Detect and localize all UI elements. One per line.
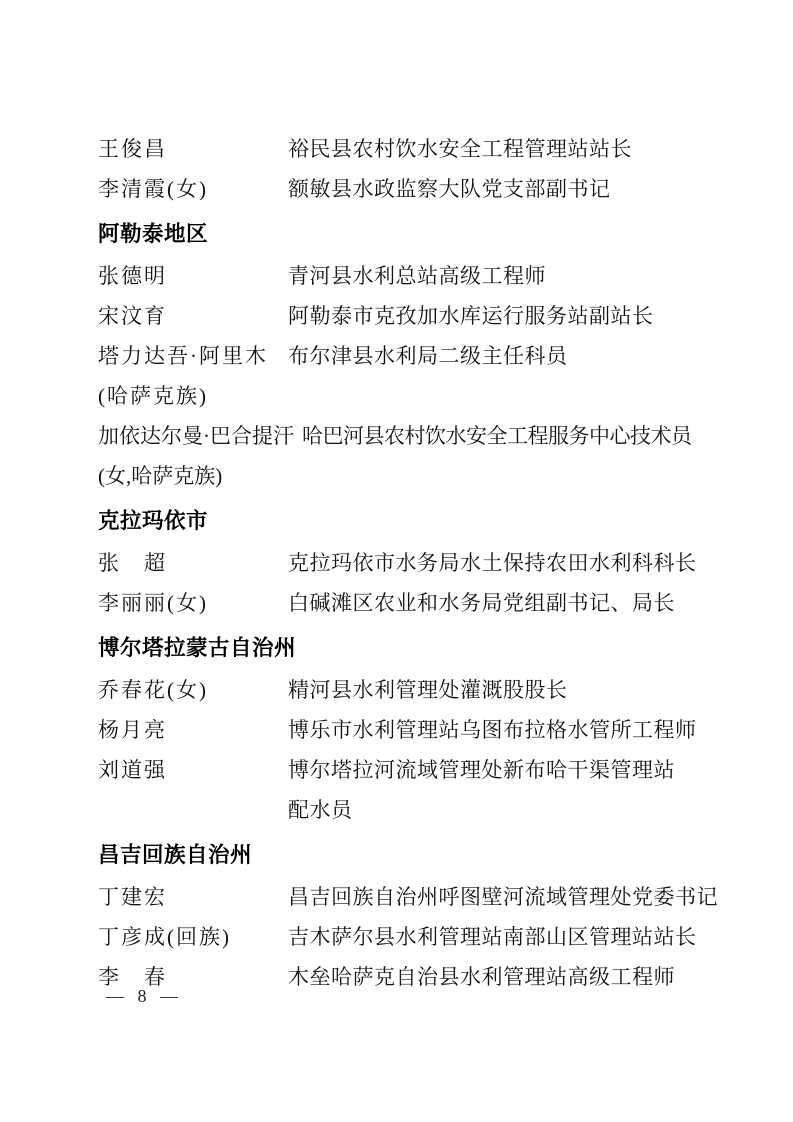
entry-row: 丁建宏 昌吉回族自治州呼图壁河流域管理处党委书记	[98, 877, 735, 917]
entry-row: 李 春 木垒哈萨克自治县水利管理站高级工程师	[98, 957, 735, 997]
person-name: 李丽丽(女)	[98, 583, 288, 623]
entry-row: 丁彦成(回族) 吉木萨尔县水利管理站南部山区管理站站长	[98, 917, 735, 957]
person-name: 宋汶育	[98, 296, 288, 336]
entry-row: 加依达尔曼·巴合提汗 (女,哈萨克族) 哈巴河县农村饮水安全工程服务中心技术员	[98, 416, 735, 496]
person-name: 李清霞(女)	[98, 169, 288, 209]
person-name: 刘道强	[98, 750, 288, 790]
entry-row: 塔力达吾·阿里木 (哈萨克族) 布尔津县水利局二级主任科员	[98, 336, 735, 416]
person-name: 杨月亮	[98, 710, 288, 750]
entry-row: 李清霞(女) 额敏县水政监察大队党支部副书记	[98, 169, 735, 209]
person-title: 博乐市水利管理站乌图布拉格水管所工程师	[288, 710, 735, 750]
entry-row: 李丽丽(女) 白碱滩区农业和水务局党组副书记、局长	[98, 583, 735, 623]
person-name: 丁彦成(回族)	[98, 917, 288, 957]
person-title: 博尔塔拉河流域管理处新布哈干渠管理站 配水员	[288, 750, 735, 830]
entry-row: 杨月亮 博乐市水利管理站乌图布拉格水管所工程师	[98, 710, 735, 750]
person-title: 克拉玛依市水务局水土保持农田水利科科长	[288, 543, 735, 583]
award-list: 王俊昌 裕民县农村饮水安全工程管理站站长 李清霞(女) 额敏县水政监察大队党支部…	[98, 129, 735, 997]
region-heading: 阿勒泰地区	[98, 214, 735, 254]
page-number: — 8 —	[106, 984, 180, 1008]
person-name: 王俊昌	[98, 129, 288, 169]
person-title: 额敏县水政监察大队党支部副书记	[288, 169, 735, 209]
entry-row: 刘道强 博尔塔拉河流域管理处新布哈干渠管理站 配水员	[98, 750, 735, 830]
person-title: 裕民县农村饮水安全工程管理站站长	[288, 129, 735, 169]
person-name: 乔春花(女)	[98, 670, 288, 710]
person-name: 塔力达吾·阿里木 (哈萨克族)	[98, 336, 288, 416]
entry-row: 乔春花(女) 精河县水利管理处灌溉股股长	[98, 670, 735, 710]
person-title: 阿勒泰市克孜加水库运行服务站副站长	[288, 296, 735, 336]
person-title: 吉木萨尔县水利管理站南部山区管理站站长	[288, 917, 735, 957]
region-heading: 昌吉回族自治州	[98, 835, 735, 875]
person-title: 布尔津县水利局二级主任科员	[288, 336, 735, 376]
document-page: 王俊昌 裕民县农村饮水安全工程管理站站长 李清霞(女) 额敏县水政监察大队党支部…	[0, 0, 793, 1122]
region-heading: 博尔塔拉蒙古自治州	[98, 628, 735, 668]
person-name: 张 超	[98, 543, 288, 583]
person-name: 丁建宏	[98, 877, 288, 917]
person-title: 精河县水利管理处灌溉股股长	[288, 670, 735, 710]
person-name: 张德明	[98, 256, 288, 296]
entry-row: 张德明 青河县水利总站高级工程师	[98, 256, 735, 296]
person-name: 加依达尔曼·巴合提汗 (女,哈萨克族)	[98, 416, 302, 496]
entry-row: 王俊昌 裕民县农村饮水安全工程管理站站长	[98, 129, 735, 169]
region-heading: 克拉玛依市	[98, 501, 735, 541]
entry-row: 宋汶育 阿勒泰市克孜加水库运行服务站副站长	[98, 296, 735, 336]
person-title: 木垒哈萨克自治县水利管理站高级工程师	[288, 957, 735, 997]
person-title: 青河县水利总站高级工程师	[288, 256, 735, 296]
person-title: 昌吉回族自治州呼图壁河流域管理处党委书记	[288, 877, 735, 917]
person-title: 哈巴河县农村饮水安全工程服务中心技术员	[302, 416, 735, 456]
entry-row: 张 超 克拉玛依市水务局水土保持农田水利科科长	[98, 543, 735, 583]
person-title: 白碱滩区农业和水务局党组副书记、局长	[288, 583, 735, 623]
